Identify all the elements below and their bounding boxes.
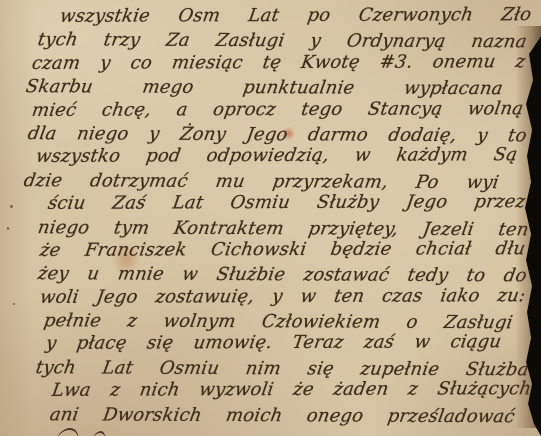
manuscript-text: wszystkie Osm Lat po Czerwonych Zło tych…: [0, 0, 541, 426]
manuscript-page: wszystkie Osm Lat po Czerwonych Zło tych…: [0, 0, 541, 436]
manuscript-line: ściu Zaś Lat Osmiu Służby Jego przez: [0, 190, 541, 215]
manuscript-line: że Franciszek Cichowski będzie chciał dł…: [0, 237, 541, 262]
manuscript-line: y płacę się umowię. Teraz zaś w ciągu: [0, 331, 541, 356]
manuscript-line: Lwa z nich wyzwoli że żaden z Służących: [0, 377, 541, 402]
manuscript-line: wszystkie Osm Lat po Czerwonych Zło: [0, 3, 541, 28]
scan-background: wszystkie Osm Lat po Czerwonych Zło tych…: [0, 0, 541, 436]
clipped-next-line-stroke: [90, 431, 107, 436]
manuscript-line: ani Dworskich moich onego prześladować: [0, 403, 541, 429]
torn-paper-edge: [515, 26, 541, 428]
manuscript-line: woli Jego zostawuię, y w ten czas iako z…: [0, 284, 541, 309]
manuscript-line: czam y co miesiąc tę Kwotę #3. onemu z: [0, 50, 541, 75]
clipped-next-line-stroke: [54, 428, 82, 436]
manuscript-line: wszystko pod odpowiedzią, w każdym Są: [0, 143, 541, 168]
manuscript-line: mieć chcę, a oprocz tego Stancyą wolną: [0, 97, 541, 122]
